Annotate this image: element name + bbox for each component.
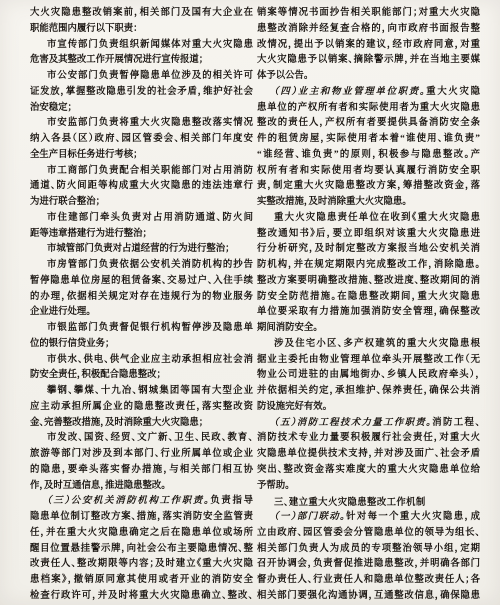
body-text: 召开协调会，负责督促推进隐患整改，并明确各部门 — [257, 559, 480, 569]
text-line: 市工商部门负责配合相关职能部门对占用消防 — [30, 164, 253, 180]
text-line: 的办理，依据相关规定对存在违规行为的物业服务 — [30, 290, 253, 306]
subsection-heading: （五）消防工程技术力量工作职责。 — [274, 418, 432, 428]
text-line: 作，及时互通信息，推进隐患整改。 — [30, 479, 253, 495]
text-line: 纳入各县（区）政府、园区管委会、相关部门年度安 — [30, 132, 253, 148]
body-text: 重大火灾隐 — [426, 87, 480, 97]
text-line: 大火灾隐患予以销案、摘除警示牌，并在当地主要媒 — [257, 53, 480, 69]
body-text: 患整改消除并经复查合格的，向市政府书面报告整 — [257, 24, 480, 34]
body-text: 的办理，依据相关规定对存在违规行为的物业服务 — [30, 292, 253, 302]
body-text: 金、完善整改措施，及时消除重大火灾隐患； — [30, 418, 203, 428]
text-line: 市宣传部门负责组织新闻媒体对重大火灾隐患 — [30, 38, 253, 54]
body-text: 单位要采取有力措施加强消防安全管理，确保整改 — [257, 307, 480, 317]
body-text: 危害及其整改工作开展情况进行宣传报道； — [30, 55, 203, 65]
body-text: 物业公司进驻的由属地街办、乡镇人民政府牵头）， — [257, 370, 480, 380]
text-line: 市城管部门负责对占道经营的行为进行整治； — [30, 242, 253, 258]
body-text: 职能范围内履行以下职责： — [30, 24, 138, 34]
text-line: 并依据相关约定，承担维护、保养责任，确保公共消 — [257, 384, 480, 400]
text-line: 醒目位置悬挂警示牌，向社会公布主要隐患情况、整 — [30, 542, 253, 558]
body-text: 灾隐患单位提供技术支持，并对涉及面广、社会矛盾 — [257, 449, 480, 459]
text-line: 召开协调会，负责督促推进隐患整改，并明确各部门 — [257, 557, 480, 573]
body-text: 防安全防范措施。在隐患整改期间，重大火灾隐患 — [257, 292, 480, 302]
body-text: 纳入各县（区）政府、园区管委会、相关部门年度安 — [30, 134, 253, 144]
body-text: 市宣传部门负责组织新闻媒体对重大火灾隐患 — [47, 40, 253, 50]
text-line: 据业主委托由物业管理单位牵头开展整改工作（无 — [257, 353, 480, 369]
body-text: 企业进行处理。 — [30, 307, 91, 317]
text-line: 检查行政许可，并及时将重大火灾隐患确立、整改、 — [30, 589, 253, 605]
body-text: 市银监部门负责督促银行机构暂停涉及隐患单 — [47, 323, 253, 333]
body-text: 权所有者和实际使用者均要认真履行消防安全职 — [257, 166, 480, 176]
subsection-heading: （三）公安机关消防机构工作职责。 — [47, 496, 210, 506]
text-line: （五）消防工程技术力量工作职责。消防工程、 — [257, 416, 480, 432]
body-text: 大火灾隐患予以销案、摘除警示牌，并在当地主要媒 — [257, 55, 480, 65]
body-text: 督办责任人、行业责任人和隐患单位整改责任人；各 — [257, 575, 480, 585]
body-text: 立由政府、园区管委会分管隐患单位的领导为组长、 — [257, 528, 480, 538]
text-line: 市银监部门负责督促银行机构暂停涉及隐患单 — [30, 321, 253, 337]
text-line: 整改通知书》后，要立即组织对该重大火灾隐患进 — [257, 227, 480, 243]
subsection-heading: （四）业主和物业管理单位职责。 — [274, 87, 426, 97]
body-text: 防安全责任，积极配合隐患整改； — [30, 370, 161, 380]
body-text: 消防技术专业力量要积极履行社会责任，对重大火 — [257, 433, 480, 443]
body-text: 任，并在重大火灾隐患确定之后在隐患单位或场所 — [30, 528, 253, 538]
text-line: 销案等情况书面抄告相关职能部门；对重大火灾隐 — [257, 6, 480, 22]
text-line: 立由政府、园区管委会分管隐患单位的领导为组长、 — [257, 526, 480, 542]
text-line: 权所有者和实际使用者均要认真履行消防安全职 — [257, 164, 480, 180]
text-line: 位的银行信贷业务； — [30, 337, 253, 353]
text-line: 市房管部门负责依据公安机关消防机构的抄告 — [30, 258, 253, 274]
body-text: 突出、整改资金落实难度大的重大火灾隐患单位给 — [257, 465, 480, 475]
body-text: 销案等情况书面抄告相关职能部门；对重大火灾隐 — [257, 8, 480, 18]
text-line: 攀钢、攀煤、十九冶、钢城集团等国有大型企业 — [30, 384, 253, 400]
text-line: 任，并在重大火灾隐患确定之后在隐患单位或场所 — [30, 526, 253, 542]
document-page: 大火灾隐患整改销案前，相关部门及国有大企业在职能范围内履行以下职责：市宣传部门负… — [0, 0, 500, 605]
body-text: 涉及住宅小区、多产权建筑的重大火灾隐患根 — [274, 339, 480, 349]
text-line: 通道、防火间距等构成重大火灾隐患的违法违章行 — [30, 179, 253, 195]
section-heading: 三、建立重大火灾隐患整改工作机制 — [274, 496, 426, 507]
body-text: 并依据相关约定，承担维护、保养责任，确保公共消 — [257, 386, 480, 396]
text-line: 突出、整改资金落实难度大的重大火灾隐患单位给 — [257, 463, 480, 479]
text-line: 旅游等部门对涉及到本部门、行业所属单位或企业 — [30, 447, 253, 463]
body-text: 予帮助。 — [257, 481, 290, 491]
text-line: 行分析研究，及时制定整改方案报当地公安机关消 — [257, 242, 480, 258]
text-line: 金、完善整改措施，及时消除重大火灾隐患； — [30, 416, 253, 432]
body-text: 市房管部门负责依据公安机关消防机构的抄告 — [47, 260, 253, 270]
body-text: 防机构，并在规定期限内完成整改工作，消除隐患。 — [257, 260, 480, 270]
text-line: 予帮助。 — [257, 479, 480, 495]
body-text: 患单位的产权所有者和实际使用者为重大火灾隐患 — [257, 103, 480, 113]
text-line: 市公安部门负责暂停隐患单位涉及的相关许可 — [30, 69, 253, 85]
body-text: 针对每一个重大火灾隐患，成 — [346, 512, 480, 522]
body-text: 消防工程、 — [432, 418, 480, 428]
text-line: 市供水、供电、供气企业应主动承担相应社会消 — [30, 353, 253, 369]
text-line: 患档案》，撤销原同意其使用或者开业的消防安全 — [30, 573, 253, 589]
text-line: 防设施完好有效。 — [257, 400, 480, 416]
body-text: 证发放，掌握整改隐患引发的社会矛盾，维护好社会 — [30, 87, 253, 97]
text-line: 防机构，并在规定期限内完成整改工作，消除隐患。 — [257, 258, 480, 274]
body-text: 负责指导 — [210, 496, 253, 506]
text-line: （三）公安机关消防机构工作职责。负责指导 — [30, 494, 253, 510]
text-line: 隐患单位制订整改方案、措施，落实消防安全监管责 — [30, 510, 253, 526]
body-text: 全生产目标任务进行考核； — [30, 150, 138, 160]
text-line: 市安监部门负责将重大火灾隐患整改落实情况 — [30, 116, 253, 132]
body-text: 为进行联合整治； — [30, 197, 100, 207]
body-text: 的隐患，要牵头落实督办措施，与相关部门相互协 — [30, 465, 253, 475]
text-line: 的隐患，要牵头落实督办措施，与相关部门相互协 — [30, 463, 253, 479]
text-line: 责，制定重大火灾隐患整改方案，筹措整改资金，落 — [257, 179, 480, 195]
text-line: 患整改消除并经复查合格的，向市政府书面报告整 — [257, 22, 480, 38]
body-text: 市城管部门负责对占道经营的行为进行整治； — [47, 244, 230, 254]
body-text: 改情况，提出予以销案的建议，经市政府同意，对重 — [257, 40, 480, 50]
body-text: 整改的责任人，产权所有者要提供具备消防安全条 — [257, 118, 480, 128]
text-line: 患单位的产权所有者和实际使用者为重大火灾隐患 — [257, 101, 480, 117]
body-text: 市安监部门负责将重大火灾隐患整改落实情况 — [47, 118, 253, 128]
body-text: 实整改措施，及时消除重大火灾隐患。 — [257, 197, 407, 207]
text-line: 整改方案要明确整改措施、整改进度、整改期间的消 — [257, 274, 480, 290]
body-text: 患档案》，撤销原同意其使用或者开业的消防安全 — [30, 575, 253, 585]
body-text: 相关部门要强化沟通协调，互通整改信息，确保隐患 — [257, 591, 480, 601]
text-line: 治安稳定； — [30, 101, 253, 117]
body-text: 体予以公告。 — [257, 71, 309, 81]
text-column-left: 大火灾隐患整改销案前，相关部门及国有大企业在职能范围内履行以下职责：市宣传部门负… — [30, 6, 253, 605]
body-text: 作，及时互通信息，推进隐患整改。 — [30, 481, 166, 491]
body-text: 行分析研究，及时制定整改方案报当地公安机关消 — [257, 244, 480, 254]
body-text: 市供水、供电、供气企业应主动承担相应社会消 — [47, 355, 253, 365]
body-text: 件的租赁房屋，实际使用者本着“谁使用、谁负责” — [257, 134, 480, 144]
text-line: 为进行联合整治； — [30, 195, 253, 211]
text-line: 防安全责任，积极配合隐患整改； — [30, 368, 253, 384]
text-line: 危害及其整改工作开展情况进行宣传报道； — [30, 53, 253, 69]
text-line: 防安全防范措施。在隐患整改期间，重大火灾隐患 — [257, 290, 480, 306]
body-text: 应主动承担所属企业的隐患整改责任，落实整改资 — [30, 402, 253, 412]
body-text: 通道、防火间距等构成重大火灾隐患的违法违章行 — [30, 181, 253, 191]
text-line: 整改的责任人，产权所有者要提供具备消防安全条 — [257, 116, 480, 132]
text-line: 涉及住宅小区、多产权建筑的重大火灾隐患根 — [257, 337, 480, 353]
text-line: 单位要采取有力措施加强消防安全管理，确保整改 — [257, 305, 480, 321]
body-text: 整改通知书》后，要立即组织对该重大火灾隐患进 — [257, 229, 480, 239]
text-line: （四）业主和物业管理单位职责。重大火灾隐 — [257, 85, 480, 101]
text-line: 期间消防安全。 — [257, 321, 480, 337]
text-line: 市住建部门牵头负责对占用消防通道、防火间 — [30, 211, 253, 227]
text-line: 件的租赁房屋，实际使用者本着“谁使用、谁负责” — [257, 132, 480, 148]
body-text: 改责任人、整改期限等内容；及时建立《重大火灾隐 — [30, 559, 253, 569]
body-text: 整改方案要明确整改措施、整改进度、整改期间的消 — [257, 276, 480, 286]
body-text: 大火灾隐患整改销案前，相关部门及国有大企业在 — [30, 8, 253, 18]
body-text: 据业主委托由物业管理单位牵头开展整改工作（无 — [257, 355, 480, 365]
text-line: （一）部门联动。针对每一个重大火灾隐患，成 — [257, 510, 480, 526]
text-line: 灾隐患单位提供技术支持，并对涉及面广、社会矛盾 — [257, 447, 480, 463]
text-line: 改情况，提出予以销案的建议，经市政府同意，对重 — [257, 38, 480, 54]
body-text: 距等违章搭建行为进行整治； — [30, 229, 147, 239]
text-line: 企业进行处理。 — [30, 305, 253, 321]
body-text: 相关部门负责人为成员的专项整治领导小组，定期 — [257, 544, 480, 554]
text-line: 改责任人、整改期限等内容；及时建立《重大火灾隐 — [30, 557, 253, 573]
text-line: 相关部门要强化沟通协调，互通整改信息，确保隐患 — [257, 589, 480, 605]
text-line: 距等违章搭建行为进行整治； — [30, 227, 253, 243]
body-text: 攀钢、攀煤、十九冶、钢城集团等国有大型企业 — [47, 386, 253, 396]
text-line: 督办责任人、行业责任人和隐患单位整改责任人；各 — [257, 573, 480, 589]
text-line: 应主动承担所属企业的隐患整改责任，落实整改资 — [30, 400, 253, 416]
text-line: 物业公司进驻的由属地街办、乡镇人民政府牵头）， — [257, 368, 480, 384]
body-text: 防设施完好有效。 — [257, 402, 327, 412]
body-text: 醒目位置悬挂警示牌，向社会公布主要隐患情况、整 — [30, 544, 253, 554]
body-text: 市住建部门牵头负责对占用消防通道、防火间 — [47, 213, 253, 223]
text-line: 重大火灾隐患责任单位在收到《重大火灾隐患 — [257, 211, 480, 227]
text-column-right: 销案等情况书面抄告相关职能部门；对重大火灾隐患整改消除并经复查合格的，向市政府书… — [257, 6, 480, 605]
text-line: 体予以公告。 — [257, 69, 480, 85]
text-line: 大火灾隐患整改销案前，相关部门及国有大企业在 — [30, 6, 253, 22]
body-text: 检查行政许可，并及时将重大火灾隐患确立、整改、 — [30, 591, 253, 601]
text-line: 暂停隐患单位房屋的租赁备案、交易过户、入住手续 — [30, 274, 253, 290]
subsection-heading: （一）部门联动。 — [274, 512, 346, 522]
body-text: 暂停隐患单位房屋的租赁备案、交易过户、入住手续 — [30, 276, 253, 286]
body-text: 重大火灾隐患责任单位在收到《重大火灾隐患 — [274, 213, 480, 223]
body-text: 市工商部门负责配合相关职能部门对占用消防 — [47, 166, 253, 176]
body-text: 市公安部门负责暂停隐患单位涉及的相关许可 — [47, 71, 253, 81]
body-text: “谁经营、谁负责”的原则，积极参与隐患整改。产 — [257, 150, 480, 160]
text-line: “谁经营、谁负责”的原则，积极参与隐患整改。产 — [257, 148, 480, 164]
text-line: 三、建立重大火灾隐患整改工作机制 — [257, 494, 480, 510]
text-line: 全生产目标任务进行考核； — [30, 148, 253, 164]
text-line: 相关部门负责人为成员的专项整治领导小组，定期 — [257, 542, 480, 558]
text-line: 市发改、国资、经贸、文广新、卫生、民政、教育、 — [30, 431, 253, 447]
body-text: 市发改、国资、经贸、文广新、卫生、民政、教育、 — [47, 433, 253, 443]
text-line: 职能范围内履行以下职责： — [30, 22, 253, 38]
text-line: 消防技术专业力量要积极履行社会责任，对重大火 — [257, 431, 480, 447]
body-text: 位的银行信贷业务； — [30, 339, 110, 349]
body-text: 隐患单位制订整改方案、措施，落实消防安全监管责 — [30, 512, 253, 522]
text-line: 实整改措施，及时消除重大火灾隐患。 — [257, 195, 480, 211]
body-text: 期间消防安全。 — [257, 323, 318, 333]
text-line: 证发放，掌握整改隐患引发的社会矛盾，维护好社会 — [30, 85, 253, 101]
body-text: 治安稳定； — [30, 103, 72, 113]
body-text: 旅游等部门对涉及到本部门、行业所属单位或企业 — [30, 449, 253, 459]
body-text: 责，制定重大火灾隐患整改方案，筹措整改资金，落 — [257, 181, 480, 191]
